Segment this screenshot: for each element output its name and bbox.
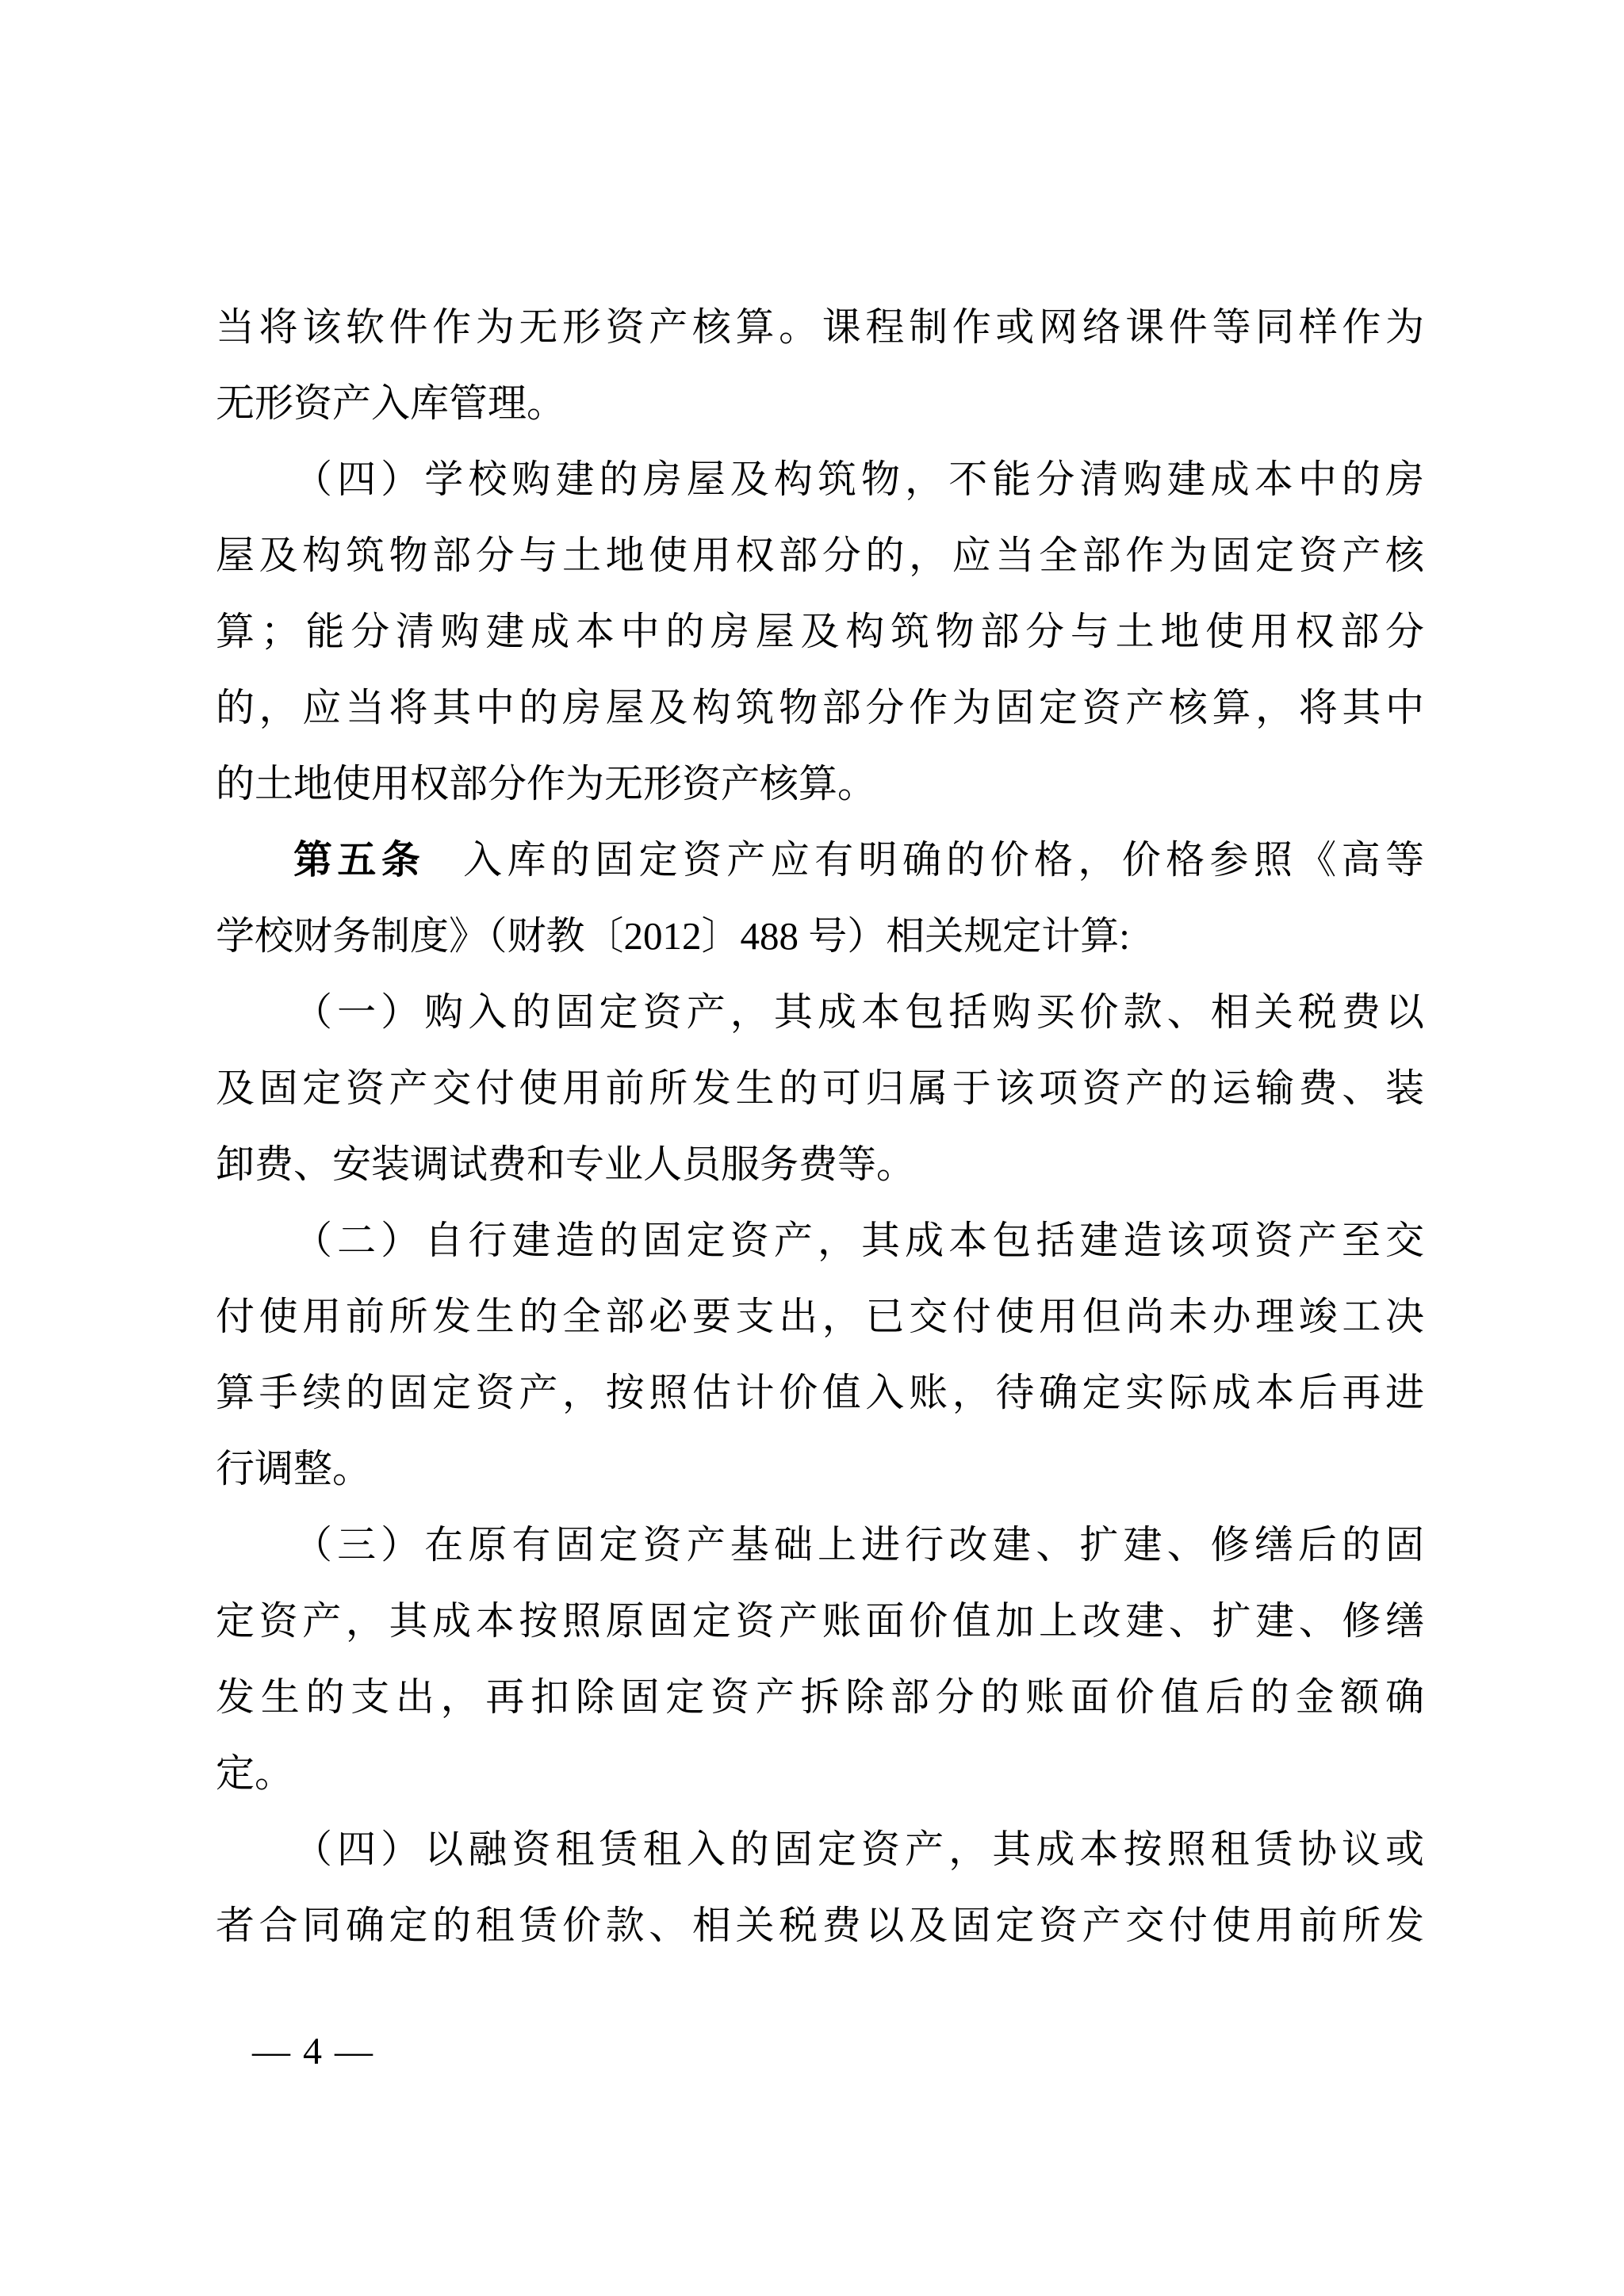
text-segment: 算；能分清购建成本中的房屋及构筑物部分与土地使用权部分 xyxy=(216,610,1424,653)
text-segment: （四）学校购建的房屋及构筑物，不能分清购建成本中的房 xyxy=(293,457,1424,501)
text-line: 的土地使用权部分作为无形资产核算。 xyxy=(216,746,1424,822)
text-line: 者合同确定的租赁价款、相关税费以及固定资产交付使用前所发 xyxy=(216,1888,1424,1964)
text-line: 定。 xyxy=(216,1735,1424,1812)
text-line: 的，应当将其中的房屋及构筑物部分作为固定资产核算，将其中 xyxy=(216,670,1424,746)
text-segment: （二）自行建造的固定资产，其成本包括建造该项资产至交 xyxy=(293,1219,1424,1262)
page: 当将该软件作为无形资产核算。课程制作或网络课件等同样作为无形资产入库管理。（四）… xyxy=(0,0,1624,2296)
text-segment: 的土地使用权部分作为无形资产核算。 xyxy=(216,762,876,806)
text-segment: 屋及构筑物部分与土地使用权部分的，应当全部作为固定资产核 xyxy=(216,534,1424,577)
text-line: 当将该软件作为无形资产核算。课程制作或网络课件等同样作为 xyxy=(216,289,1424,365)
text-line: 算手续的固定资产，按照估计价值入账，待确定实际成本后再进 xyxy=(216,1355,1424,1431)
text-segment: 算手续的固定资产，按照估计价值入账，待确定实际成本后再进 xyxy=(216,1371,1424,1414)
text-segment: 行调整。 xyxy=(216,1447,371,1490)
text-line: （三）在原有固定资产基础上进行改建、扩建、修缮后的固 xyxy=(216,1507,1424,1583)
document-body: 当将该软件作为无形资产核算。课程制作或网络课件等同样作为无形资产入库管理。（四）… xyxy=(216,289,1424,1964)
text-segment: 定资产，其成本按照原固定资产账面价值加上改建、扩建、修缮 xyxy=(216,1599,1424,1643)
text-line: 卸费、安装调试费和专业人员服务费等。 xyxy=(216,1127,1424,1203)
text-line: 发生的支出，再扣除固定资产拆除部分的账面价值后的金额确 xyxy=(216,1659,1424,1735)
text-segment: 者合同确定的租赁价款、相关税费以及固定资产交付使用前所发 xyxy=(216,1904,1424,1947)
text-line: （四）以融资租赁租入的固定资产，其成本按照租赁协议或 xyxy=(216,1812,1424,1888)
text-segment: 入库的固定资产应有明确的价格，价格参照《高等 xyxy=(463,838,1424,882)
text-segment: （一）购入的固定资产，其成本包括购买价款、相关税费以 xyxy=(293,990,1424,1034)
text-line: 无形资产入库管理。 xyxy=(216,365,1424,442)
text-segment: 当将该软件作为无形资产核算。课程制作或网络课件等同样作为 xyxy=(216,305,1424,349)
text-line: 学校财务制度》（财教〔2012〕488 号）相关规定计算: xyxy=(216,898,1424,974)
text-segment: 发生的支出，再扣除固定资产拆除部分的账面价值后的金额确 xyxy=(216,1675,1424,1719)
text-segment: （三）在原有固定资产基础上进行改建、扩建、修缮后的固 xyxy=(293,1523,1424,1567)
text-segment: 学校财务制度》（财教〔2012〕488 号）相关规定计算: xyxy=(216,914,1130,958)
text-line: 屋及构筑物部分与土地使用权部分的，应当全部作为固定资产核 xyxy=(216,518,1424,594)
text-segment: （四）以融资租赁租入的固定资产，其成本按照租赁协议或 xyxy=(293,1827,1424,1871)
text-segment: 定。 xyxy=(216,1751,293,1795)
text-segment: 卸费、安装调试费和专业人员服务费等。 xyxy=(216,1142,915,1186)
text-line: （一）购入的固定资产，其成本包括购买价款、相关税费以 xyxy=(216,974,1424,1050)
text-line: 算；能分清购建成本中的房屋及构筑物部分与土地使用权部分 xyxy=(216,594,1424,670)
page-number: — 4 — xyxy=(252,2031,374,2072)
text-segment: 的，应当将其中的房屋及构筑物部分作为固定资产核算，将其中 xyxy=(216,686,1424,729)
text-line: 及固定资产交付使用前所发生的可归属于该项资产的运输费、装 xyxy=(216,1050,1424,1127)
text-line: 付使用前所发生的全部必要支出，已交付使用但尚未办理竣工决 xyxy=(216,1279,1424,1355)
text-segment: 付使用前所发生的全部必要支出，已交付使用但尚未办理竣工决 xyxy=(216,1295,1424,1338)
text-line: 第五条入库的固定资产应有明确的价格，价格参照《高等 xyxy=(216,822,1424,898)
text-line: 定资产，其成本按照原固定资产账面价值加上改建、扩建、修缮 xyxy=(216,1583,1424,1659)
text-line: （四）学校购建的房屋及构筑物，不能分清购建成本中的房 xyxy=(216,442,1424,518)
article-number: 第五条 xyxy=(293,838,425,882)
text-segment: 无形资产入库管理。 xyxy=(216,381,565,425)
text-line: 行调整。 xyxy=(216,1431,1424,1507)
text-line: （二）自行建造的固定资产，其成本包括建造该项资产至交 xyxy=(216,1203,1424,1279)
text-segment: 及固定资产交付使用前所发生的可归属于该项资产的运输费、装 xyxy=(216,1066,1424,1110)
